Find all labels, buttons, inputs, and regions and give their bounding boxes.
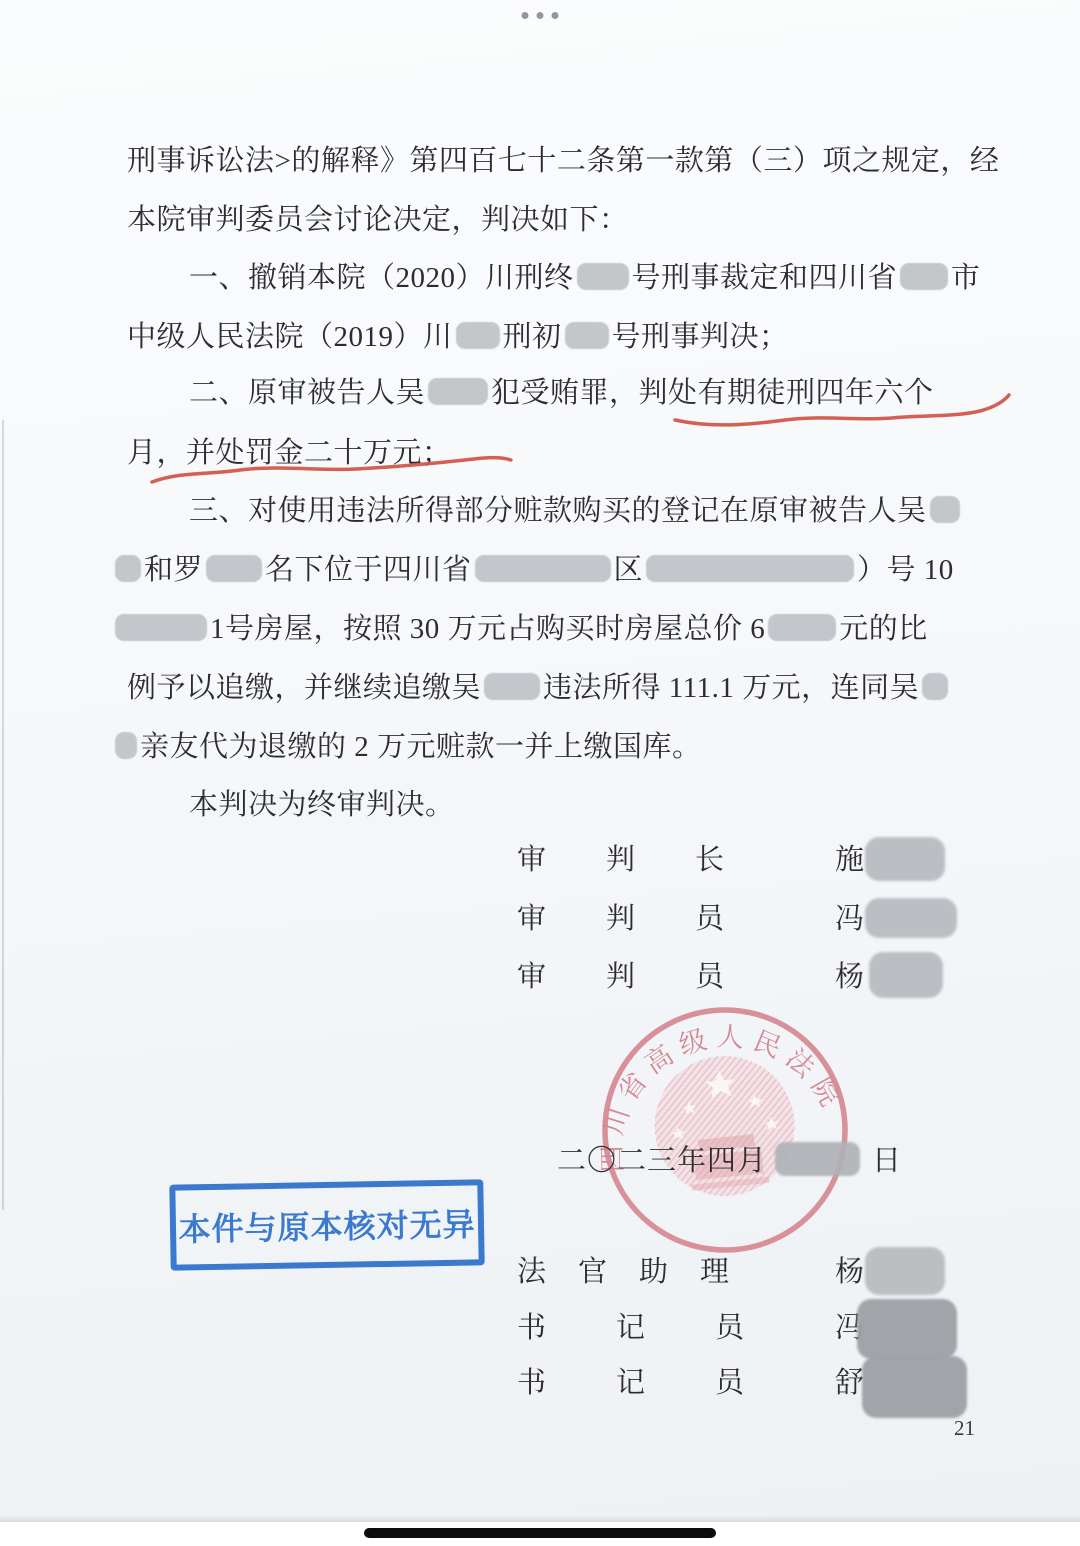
document-photo: 刑事诉讼法>的解释》第四百七十二条第一款第（三）项之规定，经 本院审判委员会讨论… [0,0,1080,1522]
judgment-line-3: 一、撤销本院（2020）川刑终号刑事裁定和四川省市 [127,261,1080,295]
redaction-mark [865,898,957,938]
text-segment: 元的比 [839,613,928,645]
redaction-mark [456,322,500,349]
clerk-row: 书记员 舒 [517,1366,1057,1406]
text-segment: 本判决为终审判决。 [189,789,455,821]
redaction-mark [869,952,943,998]
role-label: 书记员 [517,1366,814,1400]
date-suffix: 日 [872,1138,902,1179]
text-segment: 一、撤销本院（2020）川刑终 [189,262,574,294]
judge-surname: 冯 [835,902,864,936]
text-segment: ）号 10 [857,554,954,586]
redaction-mark [775,1142,860,1176]
text-segment: 1号房屋，按照 30 万元占购买时房屋总价 6 [210,613,765,645]
role-label: 法官助理 [517,1255,761,1289]
judge-surname: 施 [835,843,864,877]
role-label: 审判员 [517,960,784,994]
text-segment: 号刑事裁定和四川省 [632,262,898,294]
redaction-mark [115,732,137,759]
judgment-date-row: 二〇二三年四月 日 [557,1138,902,1179]
redaction-mark [206,555,262,582]
redaction-mark [862,1356,967,1418]
date-prefix: 二〇二三年四月 [557,1138,767,1179]
more-options-icon[interactable] [522,12,559,19]
judgment-line-4: 中级人民法院（2019）川刑初号刑事判决； [127,320,1022,354]
redaction-mark [865,837,945,881]
judgment-line-11: 亲友代为退缴的 2 万元赃款一并上缴国库。 [112,730,1007,764]
role-label: 审判长 [517,843,784,877]
judgment-line-9: 1号房屋，按照 30 万元占购买时房屋总价 6元的比 [112,612,1007,646]
judge-row: 审判员 冯 [517,902,1057,942]
text-segment: 刑事诉讼法>的解释》第四百七十二条第一款第（三）项之规定，经 [127,145,999,177]
text-segment: 判处有期徒刑四年六个 [639,377,934,409]
judge-assistant-row: 法官助理 杨 [517,1255,1057,1295]
home-indicator[interactable] [364,1528,716,1538]
redaction-mark [865,1247,945,1295]
judge-row: 审判员 杨 [517,960,1057,1000]
redaction-mark [922,673,948,700]
role-label: 书记员 [517,1311,814,1345]
text-segment: 例予以追缴，并继续追缴吴 [127,672,481,704]
clerk-surname: 舒 [835,1366,864,1400]
court-seal-stamp: 四川省高级人民法院 [596,1001,854,1259]
text-segment: 市 [951,262,981,294]
text-segment: 区 [614,554,644,586]
verification-stamp-text: 本件与原本核对无异 [178,1199,476,1250]
redaction-mark [115,614,207,641]
home-bar-zone [0,1522,1080,1546]
text-segment: 刑初 [503,321,562,353]
text-segment: 和罗 [144,554,203,586]
judgment-line-5: 二、原审被告人吴犯受贿罪，判处有期徒刑四年六个 [127,376,1080,410]
text-segment: 中级人民法院（2019）川 [127,321,453,353]
text-segment: 本院审判委员会讨论决定，判决如下： [127,204,629,236]
judgment-line-12: 本判决为终审判决。 [127,788,1080,822]
photo-viewer-screen: 刑事诉讼法>的解释》第四百七十二条第一款第（三）项之规定，经 本院审判委员会讨论… [0,0,1080,1546]
presiding-judge-row: 审判长 施 [517,843,1057,883]
text-segment: 亲友代为退缴的 2 万元赃款一并上缴国库。 [140,731,702,763]
judgment-line-7: 三、对使用违法所得部分赃款购买的登记在原审被告人吴 [127,494,1080,528]
judge-surname: 杨 [835,960,864,994]
verification-stamp: 本件与原本核对无异 [169,1179,484,1270]
redaction-mark [484,673,540,700]
judgment-line-1: 刑事诉讼法>的解释》第四百七十二条第一款第（三）项之规定，经 [127,144,1022,178]
judgment-line-6: 月，并处罚金二十万元； [127,436,1022,470]
judgment-line-10: 例予以追缴，并继续追缴吴违法所得 111.1 万元，连同吴 [127,671,1022,705]
judgment-line-8: 和罗名下位于四川省区）号 10 [112,553,1007,587]
redaction-mark [646,555,854,582]
redaction-mark [900,263,948,290]
seal-emblem-disc [648,1049,802,1203]
redaction-mark [768,614,836,641]
text-segment: 二、原审被告人吴 [189,377,425,409]
redaction-mark [930,496,960,523]
photo-edge [2,420,4,1210]
redaction-mark [475,555,611,582]
judgment-line-2: 本院审判委员会讨论决定，判决如下： [127,203,1022,237]
text-segment: 三、对使用违法所得部分赃款购买的登记在原审被告人吴 [189,495,927,527]
text-segment: 月，并处罚金二十万元； [127,437,452,469]
role-label: 审判员 [517,902,784,936]
redaction-mark [577,263,629,290]
text-segment: 违法所得 111.1 万元，连同吴 [543,672,919,704]
redaction-mark [857,1299,957,1359]
assistant-surname: 杨 [835,1255,864,1289]
redaction-mark [115,555,141,582]
redaction-mark [565,322,609,349]
text-segment: 号刑事判决； [612,321,789,353]
text-segment: 名下位于四川省 [265,554,472,586]
text-segment: 犯受贿罪， [491,377,639,409]
redaction-mark [428,378,488,405]
clerk-row: 书记员 冯 [517,1311,1057,1351]
page-number: 21 [954,1416,975,1441]
